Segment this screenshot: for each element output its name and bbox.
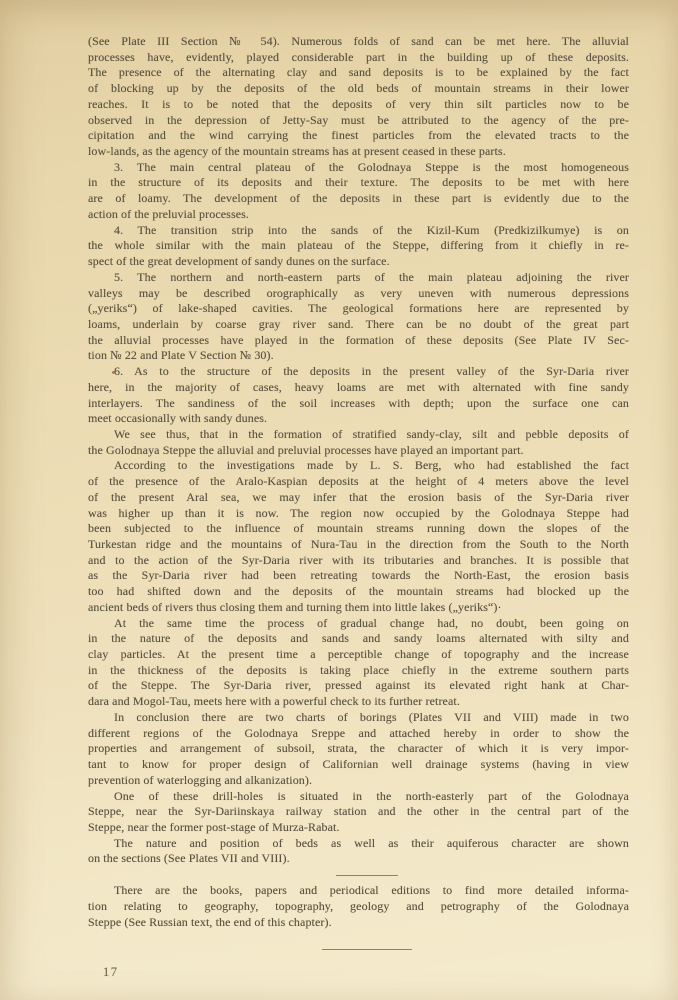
- text-line: Turkestan ridge and the mountains of Nur…: [88, 537, 629, 553]
- paragraph: In conclusion there are two charts of bo…: [88, 710, 629, 789]
- text-line: In conclusion there are two charts of bo…: [88, 710, 629, 726]
- text-line: processes have, evidently, played consid…: [88, 50, 629, 66]
- text-line: properties and arrangement of subsoil, s…: [88, 741, 629, 757]
- text-line: 4. The transition strip into the sands o…: [88, 223, 629, 239]
- text-line: are of loamy. The development of the dep…: [88, 191, 629, 207]
- text-line: action of the preluvial processes.: [88, 207, 629, 223]
- text-line: („yeriks“) of lake-shaped cavities. The …: [88, 301, 629, 317]
- paragraph: According to the investigations made by …: [88, 458, 629, 615]
- text-line: The nature and position of beds as well …: [88, 836, 629, 852]
- text-line: tant to know for proper design of Califo…: [88, 757, 629, 773]
- text-line: ancient beds of rivers thus closing them…: [88, 600, 629, 616]
- text-line: According to the investigations made by …: [88, 458, 629, 474]
- text-line: in the nature of the deposits and sands …: [88, 631, 629, 647]
- text-line: The presence of the alternating clay and…: [88, 65, 629, 81]
- paragraph: At the same time the process of gradual …: [88, 616, 629, 710]
- paragraph: 3. The main central plateau of the Golod…: [88, 160, 629, 223]
- document-page: (See Plate III Section № 54). Numerous f…: [0, 0, 678, 1000]
- text-line: There are the books, papers and periodic…: [88, 883, 629, 899]
- text-line: loams, underlain by coarse gray river sa…: [88, 317, 629, 333]
- text-line: the alluvial processes have played in th…: [88, 333, 629, 349]
- text-line: the Golodnaya Steppe the alluvial and pr…: [88, 443, 629, 459]
- paragraph: 5. The northern and north-eastern parts …: [88, 270, 629, 364]
- text-line: cipitation and the wind carrying the fin…: [88, 128, 629, 144]
- text-line: tion № 22 and Plate V Section № 30).: [88, 348, 629, 364]
- paragraph: There are the books, papers and periodic…: [88, 883, 629, 930]
- text-line: clay particles. At the present time a pe…: [88, 647, 629, 663]
- text-line: One of these drill-holes is situated in …: [88, 789, 629, 805]
- text-line: reaches. It is to be noted that the depo…: [88, 97, 629, 113]
- separator-rule: [88, 867, 629, 883]
- text-line: was higher up than it is now. The region…: [88, 506, 629, 522]
- text-line: spect of the great development of sandy …: [88, 254, 629, 270]
- text-line: the whole similar with the main plateau …: [88, 238, 629, 254]
- text-line: of the present Aral sea, we may infer th…: [88, 490, 629, 506]
- text-block: (See Plate III Section № 54). Numerous f…: [88, 34, 629, 959]
- text-line: We see thus, that in the formation of st…: [88, 427, 629, 443]
- text-line: interlayers. The sandiness of the soil i…: [88, 396, 629, 412]
- text-line: low-lands, as the agency of the mountain…: [88, 144, 629, 160]
- text-line: tion relating to geography, topography, …: [88, 899, 629, 915]
- text-line: of the Steppe. The Syr-Daria river, pres…: [88, 678, 629, 694]
- text-line: meet occasionally with sandy dunes.: [88, 411, 629, 427]
- text-line: too had shifted down and the deposits of…: [88, 584, 629, 600]
- paragraph: 6. As to the structure of the deposits i…: [88, 364, 629, 427]
- text-line: 5. The northern and north-eastern parts …: [88, 270, 629, 286]
- paragraph: One of these drill-holes is situated in …: [88, 789, 629, 836]
- print-artifact-dot: [112, 371, 115, 374]
- text-line: and to the action of the Syr-Daria river…: [88, 553, 629, 569]
- paragraph: 4. The transition strip into the sands o…: [88, 223, 629, 270]
- text-line: 3. The main central plateau of the Golod…: [88, 160, 629, 176]
- text-line: of the presence of the Aralo-Kaspian dep…: [88, 474, 629, 490]
- text-line: different regions of the Golodnaya Srepp…: [88, 726, 629, 742]
- text-line: in the structure of its deposits and the…: [88, 175, 629, 191]
- text-line: of blocking up by the deposits of the ol…: [88, 81, 629, 97]
- paragraph: (See Plate III Section № 54). Numerous f…: [88, 34, 629, 160]
- page-number: 17: [103, 965, 119, 980]
- text-line: (See Plate III Section № 54). Numerous f…: [88, 34, 629, 50]
- text-line: as the Syr-Daria river had been retreati…: [88, 568, 629, 584]
- text-line: prevention of waterlogging and alkanizat…: [88, 773, 629, 789]
- text-line: dara and Mogol-Tau, meets here with a po…: [88, 694, 629, 710]
- text-line: At the same time the process of gradual …: [88, 616, 629, 632]
- text-line: here, in the majority of cases, heavy lo…: [88, 380, 629, 396]
- text-line: Steppe, near the former post-stage of Mu…: [88, 820, 629, 836]
- text-line: on the sections (See Plates VII and VIII…: [88, 851, 629, 867]
- text-line: observed in the depression of Jetty-Say …: [88, 113, 629, 129]
- text-line: 6. As to the structure of the deposits i…: [88, 364, 629, 380]
- text-line: in the thickness of the deposits is taki…: [88, 663, 629, 679]
- paragraph: The nature and position of beds as well …: [88, 836, 629, 867]
- separator-rule: [88, 941, 629, 959]
- text-line: valleys may be described orographically …: [88, 286, 629, 302]
- text-line: Steppe, near the Syr-Dariinskaya railway…: [88, 804, 629, 820]
- text-line: Steppe (See Russian text, the end of thi…: [88, 915, 629, 931]
- text-line: been subjected to the influence of mount…: [88, 521, 629, 537]
- paragraph: We see thus, that in the formation of st…: [88, 427, 629, 458]
